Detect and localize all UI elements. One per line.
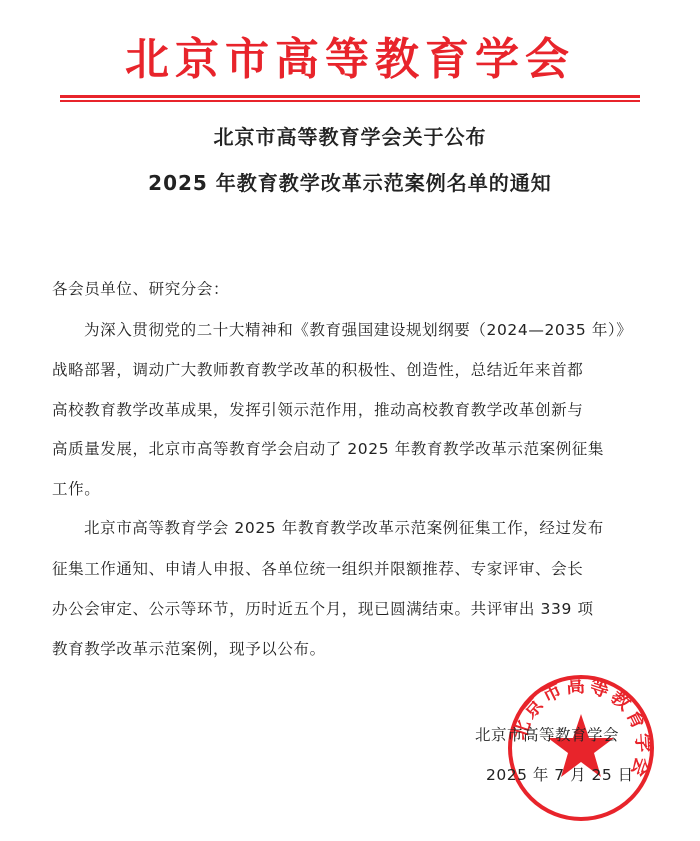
paragraph-1-line: 高质量发展，北京市高等教育学会启动了 2025 年教育教学改革示范案例征集 — [52, 437, 604, 459]
masthead-rule-thick — [60, 95, 640, 98]
paragraph-1-line: 高校教育教学改革成果，发挥引领示范作用，推动高校教育教学改革创新与 — [52, 398, 583, 420]
paragraph-1-line: 战略部署，调动广大教师教育教学改革的积极性、创造性，总结近年来首都 — [52, 358, 583, 380]
paragraph-2-line: 教育教学改革示范案例，现予以公布。 — [52, 637, 326, 659]
seal-stamp-icon: 北京市高等教育学会 — [505, 672, 657, 824]
paragraph-1-line: 为深入贯彻党的二十大精神和《教育强国建设规划纲要（2024—2035 年）》 — [52, 318, 632, 340]
paragraph-2-line: 办公会审定、公示等环节，历时近五个月，现已圆满结束。共评审出 339 项 — [52, 597, 594, 619]
paragraph-2-line: 北京市高等教育学会 2025 年教育教学改革示范案例征集工作，经过发布 — [52, 516, 604, 538]
seal: 北京市高等教育学会 — [505, 672, 657, 824]
salutation: 各会员单位、研究分会： — [52, 277, 229, 299]
masthead-rule-thin — [60, 100, 640, 102]
signature-date: 2025 年 7 月 25 日 — [486, 763, 634, 785]
document-title-line2: 2025 年教育教学改革示范案例名单的通知 — [0, 167, 700, 196]
paragraph-1-line: 工作。 — [52, 477, 100, 499]
paragraph-2-line: 征集工作通知、申请人申报、各单位统一组织并限额推荐、专家评审、会长 — [52, 557, 583, 579]
signature-org: 北京市高等教育学会 — [475, 723, 619, 745]
document-title-line1: 北京市高等教育学会关于公布 — [0, 121, 700, 150]
masthead: 北京市高等教育学会 — [0, 30, 700, 90]
